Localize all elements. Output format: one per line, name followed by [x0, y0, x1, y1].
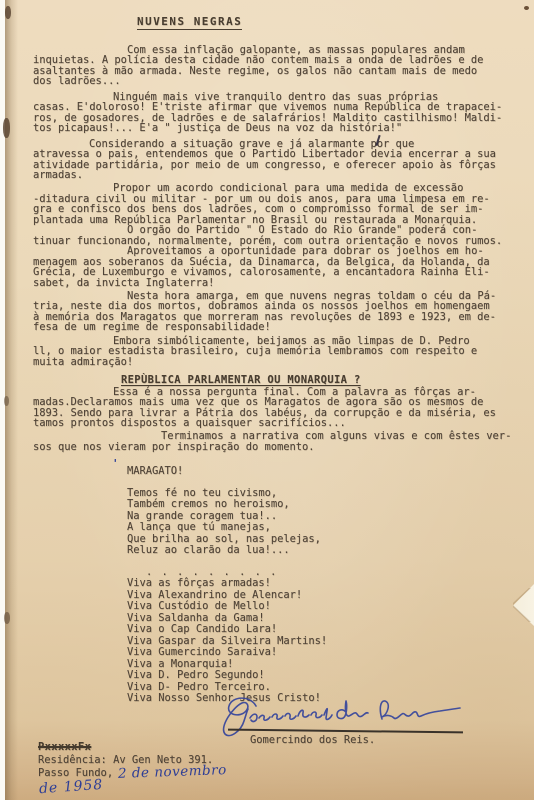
city-date-line: Passo Fundo,2 de novembro — [38, 766, 227, 780]
document-line: Grécia, de Luxemburgo e vivamos, caloros… — [33, 267, 513, 277]
edge-stain — [4, 612, 10, 624]
scanned-document-page: NUVENS NEGRAS Com essa inflação galopant… — [0, 0, 534, 800]
document-line: dos ladrões... — [33, 76, 513, 86]
edge-stain — [4, 396, 9, 406]
document-body: NUVENS NEGRAS Com essa inflação galopant… — [33, 16, 513, 705]
document-line: sabet, da invicta Inglaterra! — [33, 278, 513, 288]
footer-block: PxxxxxFx Residência: Av Gen Neto 391. Pa… — [38, 741, 227, 794]
ink-speck — [524, 6, 529, 10]
document-line: Reluz ao clarão da lua!... — [127, 545, 513, 557]
blue-ink-mark: ' — [112, 457, 119, 470]
document-line: MARAGATO! — [127, 466, 513, 478]
edge-stain — [5, 6, 11, 19]
document-line: madas.Declaramos mais uma vez que os Mar… — [33, 397, 513, 407]
document-line: atravessa o pais, entendemos que o Parti… — [33, 149, 513, 159]
document-title: NUVENS NEGRAS — [137, 16, 242, 30]
document-line: sos que nos vieram por inspiração do mom… — [33, 442, 513, 452]
document-line: atividade partidária, por meio de um con… — [33, 160, 513, 170]
handwritten-date-part2: de 1958 — [39, 779, 104, 796]
document-line: tamos prontos dispostos a quaisquer sacr… — [33, 418, 513, 428]
typed-signature-name: Gomercindo dos Reis. — [250, 734, 375, 746]
document-line: armadas. — [33, 170, 513, 180]
edge-stain — [3, 118, 10, 138]
crossed-out-text: PxxxxxFx — [38, 741, 227, 754]
document-lines: Com essa inflação galopante, as massas p… — [33, 45, 513, 705]
document-line: tos picapaus!... E'a " justiça de Deus n… — [33, 123, 513, 133]
document-line: REPÙBLICA PARLAMENTAR OU MONARQUIA ? — [121, 375, 513, 385]
document-line: muita admiração! — [33, 357, 513, 367]
document-line: fesa de um regime de responsabilidade! — [33, 322, 513, 332]
handwritten-date-part1: 2 de novembro — [118, 764, 227, 780]
